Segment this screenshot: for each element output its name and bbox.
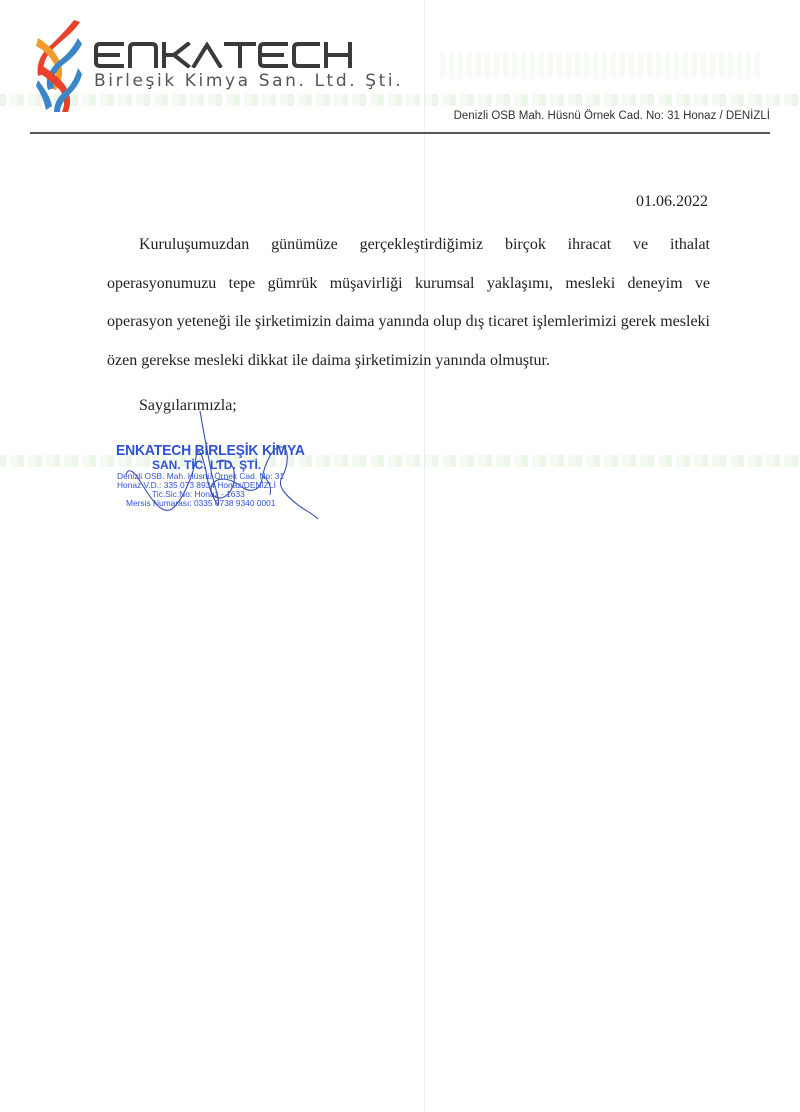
stamp-line: Mersis Numarası: 0335 0738 9340 0001 xyxy=(116,499,306,508)
watermark-band xyxy=(0,94,800,106)
company-stamp: ENKATECH BİRLEŞİK KİMYA SAN. TİC. LTD. Ş… xyxy=(116,443,306,508)
letter-date: 01.06.2022 xyxy=(636,193,708,211)
header-divider xyxy=(30,132,770,134)
brand-subtitle: Birleşik Kimya San. Ltd. Şti. xyxy=(94,71,403,91)
brand-wordmark: ENKATECH xyxy=(94,42,354,68)
stamp-title: ENKATECH BİRLEŞİK KİMYA xyxy=(116,443,293,459)
watermark-faint xyxy=(440,52,760,78)
letter-body: Kuruluşumuzdan günümüze gerçekleştirdiği… xyxy=(107,226,710,380)
enkatech-logo-icon xyxy=(34,18,84,114)
company-address: Denizli OSB Mah. Hüsnü Örnek Cad. No: 31… xyxy=(454,110,770,122)
letter-closing: Saygılarımızla; xyxy=(139,397,237,415)
scan-fold-line xyxy=(424,0,425,1112)
